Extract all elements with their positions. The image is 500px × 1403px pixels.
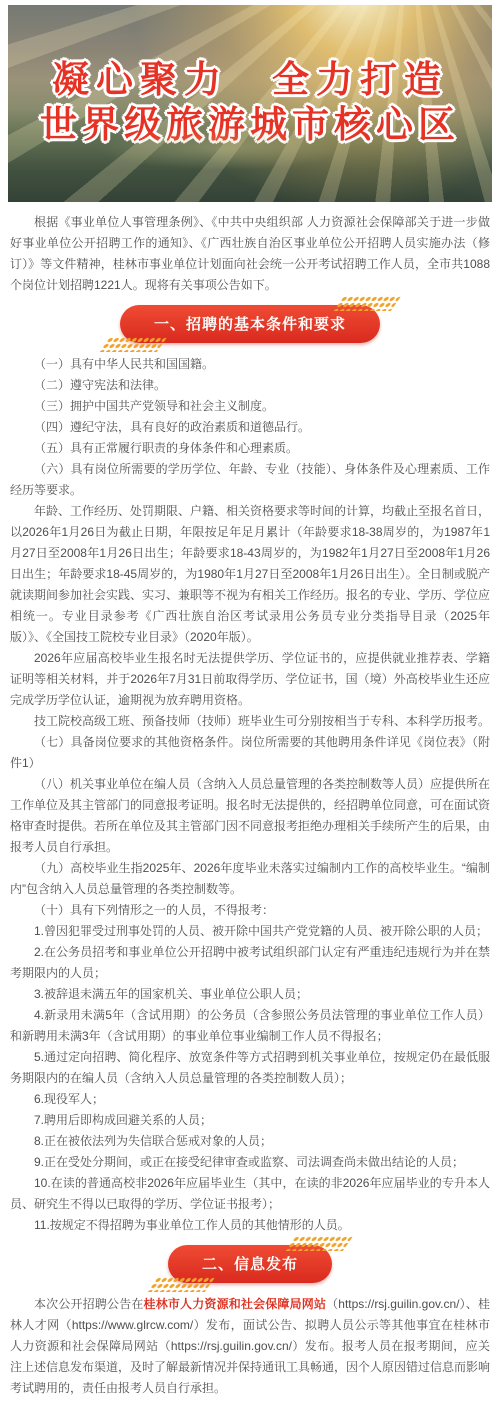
requirement-paragraph: 年龄、工作经历、处罚期限、户籍、相关资格要求等时间的计算，均截止至报名首日，以2… (10, 501, 490, 648)
requirement-paragraph: 2.在公务员招考和事业单位公开招聘中被考试组织部门认定有严重违纪违规行为并在禁考… (10, 942, 490, 984)
section2-banner-wrap: 二、信息发布 (10, 1245, 490, 1283)
section1-banner-wrap: 一、招聘的基本条件和要求 (10, 305, 490, 343)
halftone-dots-icon (147, 1277, 216, 1292)
article-body: 根据《事业单位人事管理条例》、《中共中央组织部 人力资源社会保障部关于进一步做好… (0, 202, 500, 1399)
halftone-dots-icon (333, 296, 402, 311)
requirement-paragraph: 7.聘用后即构成回避关系的人员； (10, 1110, 490, 1131)
intro-paragraph: 根据《事业单位人事管理条例》、《中共中央组织部 人力资源社会保障部关于进一步做好… (10, 212, 490, 296)
halftone-dots-icon (285, 1236, 354, 1251)
requirement-paragraph: （三）拥护中国共产党领导和社会主义制度。 (10, 396, 490, 417)
requirement-paragraph: 3.被辞退未满五年的国家机关、事业单位公职人员； (10, 984, 490, 1005)
requirement-paragraph: （二）遵守宪法和法律。 (10, 375, 490, 396)
requirement-paragraph: （五）具有正常履行职责的身体条件和心理素质。 (10, 438, 490, 459)
requirement-paragraph: 1.曾因犯罪受过刑事处罚的人员、被开除中国共产党党籍的人员、被开除公职的人员； (10, 921, 490, 942)
publish-suffix: （https://rsj.guilin.gov.cn/）、桂林人才网（https… (10, 1297, 490, 1395)
hero-image: 凝心聚力 全力打造 世界级旅游城市核心区 (8, 5, 492, 202)
requirement-paragraph: 9.正在受处分期间，或正在接受纪律审查或监察、司法调查尚未做出结论的人员； (10, 1152, 490, 1173)
halftone-dots-icon (99, 337, 168, 352)
requirement-paragraph: （七）具备岗位要求的其他资格条件。岗位所需要的其他聘用条件详见《岗位表》（附件1… (10, 732, 490, 774)
section2-banner-label: 二、信息发布 (202, 1256, 298, 1273)
article-page: 凝心聚力 全力打造 世界级旅游城市核心区 根据《事业单位人事管理条例》、《中共中… (0, 5, 500, 1403)
section-banner-info-release: 二、信息发布 (168, 1245, 332, 1283)
publish-prefix: 本次公开招聘公告在 (34, 1297, 144, 1311)
hero-title-line2: 世界级旅游城市核心区 (8, 102, 492, 147)
requirement-paragraph: （十）具有下列情形之一的人员，不得报考： (10, 900, 490, 921)
requirement-paragraph: （一）具有中华人民共和国国籍。 (10, 354, 490, 375)
requirement-paragraph: 技工院校高级工班、预备技师（技师）班毕业生可分别按相当于专科、本科学历报考。 (10, 711, 490, 732)
section-banner-recruitment-requirements: 一、招聘的基本条件和要求 (120, 305, 380, 343)
requirements-list: （一）具有中华人民共和国国籍。（二）遵守宪法和法律。（三）拥护中国共产党领导和社… (10, 354, 490, 1236)
hr-website-link[interactable]: 桂林市人力资源和社会保障局网站 (144, 1297, 327, 1311)
publish-paragraph: 本次公开招聘公告在桂林市人力资源和社会保障局网站（https://rsj.gui… (10, 1294, 490, 1399)
requirement-paragraph: 4.新录用未满5年（含试用期）的公务员（含参照公务员法管理的事业单位工作人员）和… (10, 1005, 490, 1047)
requirement-paragraph: （六）具有岗位所需要的学历学位、年龄、专业（技能）、身体条件及心理素质、工作经历… (10, 459, 490, 501)
requirement-paragraph: （九）高校毕业生指2025年、2026年度毕业未落实过编制内工作的高校毕业生。“… (10, 858, 490, 900)
requirement-paragraph: 8.正在被依法列为失信联合惩戒对象的人员； (10, 1131, 490, 1152)
requirement-paragraph: 5.通过定向招聘、简化程序、放宽条件等方式招聘到机关事业单位，按规定仍在最低服务… (10, 1047, 490, 1089)
requirement-paragraph: 10.在读的普通高校非2026年应届毕业生（其中，在读的非2026年应届毕业的专… (10, 1173, 490, 1215)
hero-title: 凝心聚力 全力打造 世界级旅游城市核心区 (8, 57, 492, 147)
requirement-paragraph: （八）机关事业单位在编人员（含纳入人员总量管理的各类控制数等人员）应提供所在工作… (10, 774, 490, 858)
requirement-paragraph: 2026年应届高校毕业生报名时无法提供学历、学位证书的，应提供就业推荐表、学籍证… (10, 648, 490, 711)
hero-title-line1: 凝心聚力 全力打造 (8, 57, 492, 102)
requirement-paragraph: 11.按规定不得招聘为事业单位工作人员的其他情形的人员。 (10, 1215, 490, 1236)
section1-banner-label: 一、招聘的基本条件和要求 (154, 316, 346, 333)
requirement-paragraph: 6.现役军人； (10, 1089, 490, 1110)
requirement-paragraph: （四）遵纪守法，具有良好的政治素质和道德品行。 (10, 417, 490, 438)
